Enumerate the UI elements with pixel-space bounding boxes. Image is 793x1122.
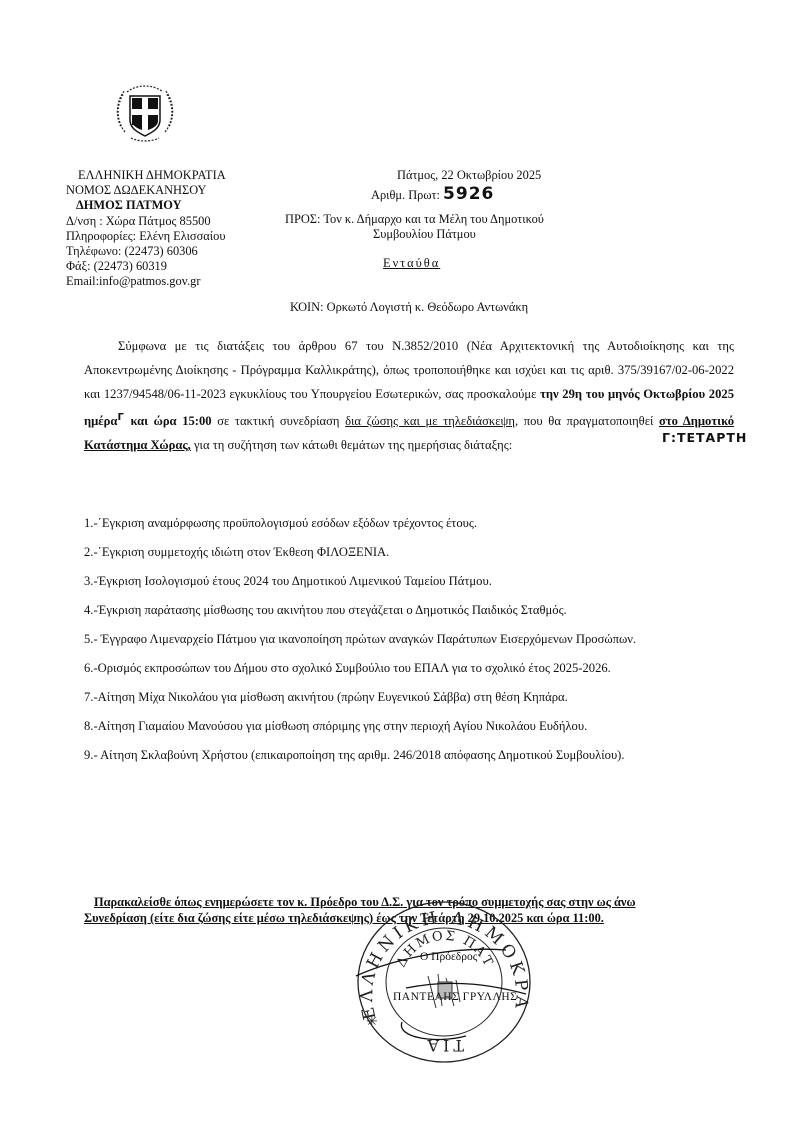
here-label: Ενταύθα <box>383 256 440 271</box>
greek-coat-of-arms-icon <box>113 80 177 146</box>
sender-prefecture: ΝΟΜΟΣ ΔΩΔΕΚΑΝΗΣΟΥ <box>66 183 226 198</box>
agenda-item: 9.- Αίτηση Σκλαβούνη Χρήστου (επικαιροπο… <box>84 748 644 763</box>
agenda-item: 8.-Αίτηση Γιαμαίου Μανούσου για μίσθωση … <box>84 719 734 734</box>
signatory-name: ΠΑΝΤΕΛΗΣ ΓΡΥΛΛΗΣ <box>393 991 517 1003</box>
handwritten-mark: Γ <box>117 412 124 423</box>
signatory-title: Ο Πρόεδρος <box>420 951 477 963</box>
agenda-item: 1.-΄Εγκριση αναμόρφωσης προϋπολογισμού ε… <box>84 516 734 531</box>
sender-email: Email:info@patmos.gov.gr <box>66 274 226 289</box>
invite-prefix: σας προσκαλούμε <box>445 387 540 401</box>
recipient-line: ΠΡΟΣ: Τον κ. Δήμαρχο και τα Μέλη του Δημ… <box>285 212 544 227</box>
handwritten-margin-annotation: Γ:ΤΕΤΑΡΤΗ <box>662 430 747 445</box>
mode-suffix: , που θα πραγματοποιηθεί <box>515 414 659 428</box>
protocol-number: 5926 <box>443 184 494 204</box>
agenda-list: 1.-΄Εγκριση αναμόρφωσης προϋπολογισμού ε… <box>84 516 734 777</box>
sender-address: Δ/νση : Χώρα Πάτμος 85500 <box>66 214 226 229</box>
recipient-line-2: Συμβουλίου Πάτμου <box>373 227 476 242</box>
municipal-stamp-icon: ΕΛΛΗΝΙΚΗ ΔΗΜΟΚΡΑΤΙΑ ΔΗΜΟΣ ΠΑΤΜΟΥ ✳ ΤΙΑ <box>346 898 542 1068</box>
sender-municipality: ΔΗΜΟΣ ΠΑΤΜΟΥ <box>66 198 226 213</box>
sender-fax: Φάξ: (22473) 60319 <box>66 259 226 274</box>
cc-line: ΚΟΙΝ: Ορκωτό Λογιστή κ. Θεόδωρο Αντωνάκη <box>290 300 528 315</box>
invitation-paragraph: Σύμφωνα με τις διατάξεις του άρθρου 67 τ… <box>84 334 734 457</box>
svg-text:✳: ✳ <box>366 1015 378 1030</box>
meeting-mode: δια ζώσης και με τηλεδιάσκεψη <box>345 414 515 428</box>
agenda-item: 7.-Αίτηση Μίχα Νικολάου για μίσθωση ακιν… <box>84 690 734 705</box>
closing-text: για τη συζήτηση των κάτωθι θεμάτων της η… <box>191 438 512 452</box>
agenda-item: 3.-Έγκριση Ισολογισμού έτους 2024 του Δη… <box>84 574 734 589</box>
agenda-item: 6.-Ορισμός εκπροσώπων του Δήμου στο σχολ… <box>84 661 734 676</box>
agenda-item: 4.-Έγκριση παράτασης μίσθωσης του ακινήτ… <box>84 603 734 618</box>
sender-republic: ΕΛΛΗΝΙΚΗ ΔΗΜΟΚΡΑΤΙΑ <box>66 168 226 183</box>
sender-block: ΕΛΛΗΝΙΚΗ ΔΗΜΟΚΡΑΤΙΑ ΝΟΜΟΣ ΔΩΔΕΚΑΝΗΣΟΥ ΔΗ… <box>66 168 226 290</box>
sender-info: Πληροφορίες: Ελένη Ελισσαίου <box>66 229 226 244</box>
sender-phone: Τηλέφωνο: (22473) 60306 <box>66 244 226 259</box>
agenda-item: 2.-΄Εγκριση συμμετοχής ιδιώτη στον Έκθεσ… <box>84 545 734 560</box>
protocol-line: Αριθμ. Πρωτ: 5926 <box>371 184 494 204</box>
agenda-item: 5.- Έγγραφο Λιμεναρχείο Πάτμου για ικανο… <box>84 632 734 647</box>
protocol-label: Αριθμ. Πρωτ: <box>371 188 443 202</box>
document-date: Πάτμος, 22 Οκτωβρίου 2025 <box>397 168 541 183</box>
invite-time: και ώρα 15:00 <box>125 414 212 428</box>
invite-suffix: σε τακτική συνεδρίαση <box>212 414 346 428</box>
